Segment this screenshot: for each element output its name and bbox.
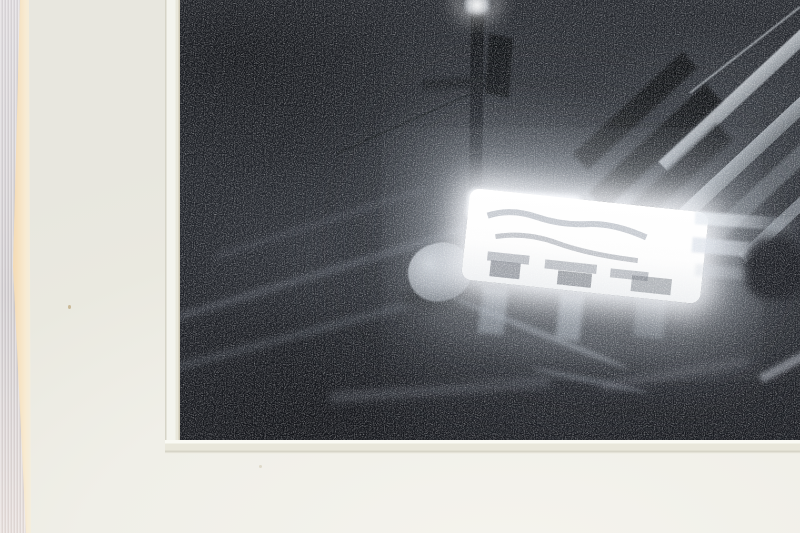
photo-pole-lamp [461, 0, 493, 15]
photo-pennant [485, 34, 513, 99]
photo-timber-plank [658, 18, 800, 171]
photo-smoke-wisp [759, 350, 800, 382]
photo-smoke-wisp [330, 377, 550, 402]
mat-speck [259, 465, 262, 468]
photo-casting-leg [556, 293, 585, 341]
mat-speck [68, 305, 71, 309]
photo-dark-fixture [745, 238, 800, 300]
photo-guy-wire [336, 92, 474, 155]
mat-bevel-bottom [165, 440, 800, 454]
bw-photograph [180, 0, 800, 440]
photo-smoke-wisp [600, 357, 749, 391]
mat-bevel-left [165, 0, 180, 453]
photo-vertical-pole [469, 0, 484, 205]
photo-casting-leg [633, 297, 667, 340]
framed-photo-detail [0, 0, 800, 533]
